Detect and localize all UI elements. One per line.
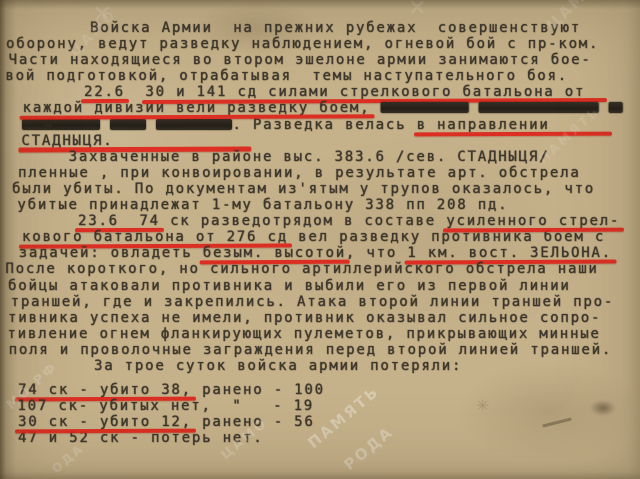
red-underlined-text: 30 ск - убито 12, [18, 414, 192, 430]
text-segment: задачей: овладеть [19, 245, 203, 261]
text-segment: Части находящиеся во втором эшелоне арми… [9, 52, 592, 68]
redacted-text-block [609, 102, 623, 113]
text-segment: 107 ск- убитых нет, " - 19 [17, 398, 314, 414]
text-line: 74 ск - убито 38, ранено - 100 [6, 382, 640, 398]
text-line: СТАДНЫЦЯ. [5, 133, 639, 149]
red-underlined-text: 30 и 141 сд силами стрелкового батальона… [145, 84, 585, 100]
text-segment: . Разведка велась [232, 117, 416, 133]
text-line: тивника успеха не имели, противник оказы… [6, 310, 640, 326]
text-segment: убитые принадлежат 1-му батальону 338 пп… [17, 197, 508, 213]
text-line: убитые принадлежат 1-му батальону 338 пп… [5, 197, 639, 213]
red-underlined-text: усиленного стрел- [446, 213, 620, 229]
text-segment: поля и проволочные заграждения перед вто… [9, 342, 613, 358]
text-segment: ранено - 56 [192, 414, 315, 430]
red-underlined-text: 74 ск - убито 38, [18, 382, 192, 398]
red-underlined-text: 22.6 [84, 84, 125, 100]
text-segment [125, 84, 145, 100]
red-underlined-text: кового батальона от 276 сд [22, 229, 288, 245]
text-line: тивление огнем фланкирующих пулеметов, п… [5, 326, 639, 342]
redacted-text-block [156, 119, 232, 130]
red-underlined-text: СТАДНЫЦЯ. [21, 133, 113, 149]
text-segment: Захваченные в районе выс. 383.6 /сев. СТ… [69, 149, 550, 165]
text-line: Части находящиеся во втором эшелоне арми… [7, 52, 640, 68]
text-line: Войска Армии на прежних рубежах совершен… [6, 20, 640, 36]
red-underlined-text: каждой дивизии вели разведку боем, [23, 100, 371, 116]
text-segment [469, 100, 479, 116]
text-line: За трое суток войска армии потеряли: [6, 358, 640, 374]
text-line: 107 ск- убитых нет, " - 19 [5, 398, 639, 414]
text-line: пленные , при конвоировании, в результат… [6, 165, 640, 181]
text-segment: ск разведотрядом в составе [160, 213, 446, 229]
text-line: были убиты. По документам из'ятым у труп… [6, 181, 640, 197]
text-segment: , что [346, 245, 407, 261]
text-segment: траншей, где и закрепились. Атака второй… [11, 294, 615, 310]
redacted-text-block [479, 102, 599, 113]
text-segment: оборону, ведут разведку наблюдением, огн… [6, 36, 599, 52]
redacted-text-block [22, 119, 100, 130]
text-line: траншей, где и закрепились. Атака второй… [7, 294, 640, 310]
text-line: 23.6 74 ск разведотрядом в составе усиле… [6, 213, 640, 229]
text-segment: бойцы атаковали противника и выбили его … [8, 278, 571, 294]
document-scan-page: Войска Армии на прежних рубежах совершен… [0, 0, 640, 479]
text-segment: тивника успеха не имели, противник оказы… [8, 310, 601, 326]
text-line: Захваченные в районе выс. 383.6 /сев. СТ… [7, 149, 640, 165]
red-underlined-text: 23.6 74 [78, 213, 160, 229]
text-segment: За трое суток войска армии потеряли: [94, 358, 462, 374]
red-underlined-text: 1 км. вост. ЗЕЛЬОНА. [407, 245, 612, 261]
text-line: 22.6 30 и 141 сд силами стрелкового бата… [6, 84, 640, 100]
text-segment: пленные , при конвоировании, в результат… [18, 165, 581, 181]
text-line: После короткого, но сильного артиллерийс… [5, 261, 639, 277]
text-segment: После короткого, но сильного артиллерийс… [5, 261, 598, 277]
redacted-text-block [110, 119, 146, 130]
text-segment: тивление огнем фланкирующих пулеметов, п… [7, 326, 600, 342]
text-line: вой подготовкой, отрабатывая темы наступ… [5, 68, 639, 84]
text-line: каждой дивизии вели разведку боем, [7, 100, 640, 116]
red-underlined-text: в направлении [417, 117, 550, 133]
text-segment: были убиты. По документам из'ятым у труп… [12, 181, 595, 197]
text-line: поля и проволочные заграждения перед вто… [7, 342, 640, 358]
text-segment: Войска Армии на прежних рубежах совершен… [90, 20, 581, 36]
text-segment [599, 100, 609, 116]
text-segment: вой подготовкой, отрабатывая темы наступ… [5, 68, 568, 84]
text-line: оборону, ведут разведку наблюдением, огн… [6, 36, 640, 52]
text-segment: ранено - 100 [192, 382, 325, 398]
text-line: бойцы атаковали противника и выбили его … [6, 278, 640, 294]
text-line: задачей: овладеть безым. высотой, что 1 … [7, 245, 640, 261]
archive-watermark: ✕ [408, 0, 429, 21]
red-underlined-text: безым. высотой [203, 245, 346, 261]
typewritten-text-block: Войска Армии на прежних рубежах совершен… [6, 20, 640, 446]
text-line: 30 ск - убито 12, ранено - 56 [6, 414, 640, 430]
redacted-text-block [381, 102, 469, 113]
